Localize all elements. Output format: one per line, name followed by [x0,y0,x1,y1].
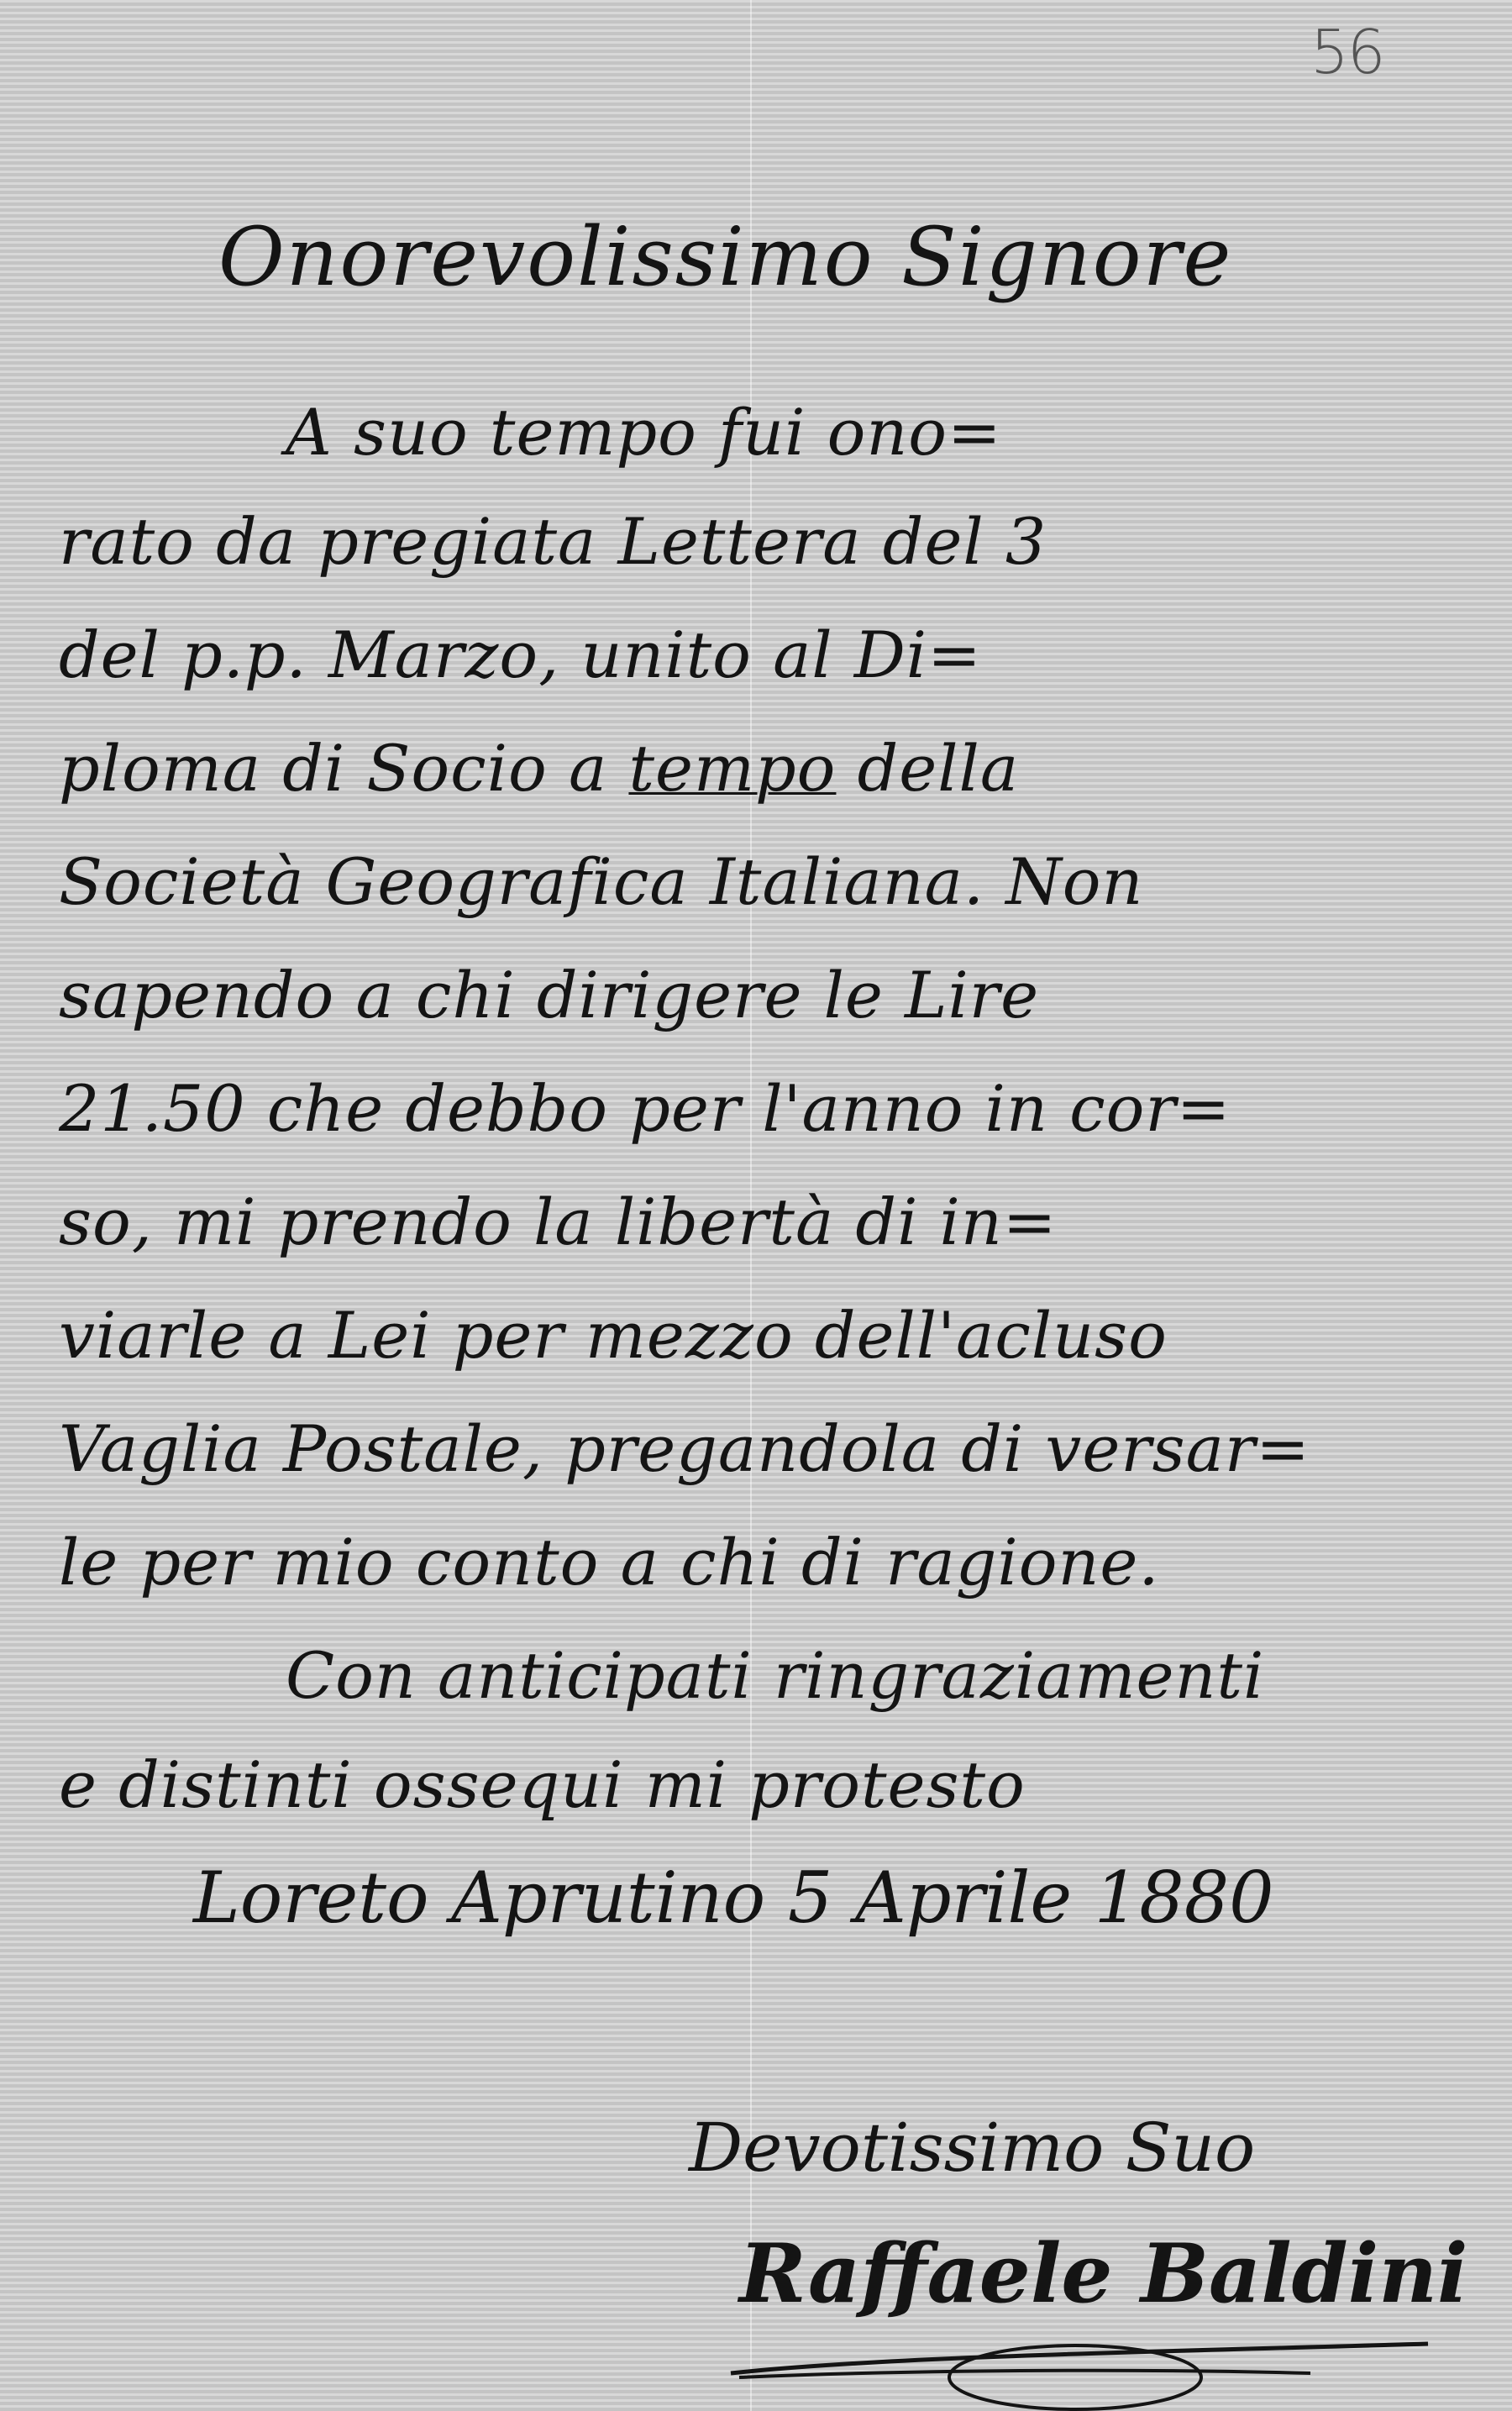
body-line-7: 21.50 che debbo per l'anno in cor= [59,1071,1231,1146]
page-number: 56 [1310,17,1384,87]
body-line-5: Società Geografica Italiana. Non [59,844,1143,919]
body-line-4: ploma di Socio a tempo della [59,731,1019,806]
signature-flourish [722,2327,1445,2411]
body-line-1: A suo tempo fui ono= [286,395,1002,470]
salutation: Onorevolissimo Signore [218,210,1232,304]
body-line-10: Vaglia Postale, pregandola di versar= [59,1411,1310,1486]
body-line-12: Con anticipati ringraziamenti [286,1638,1264,1713]
body-line-13: e distinti ossequi mi protesto [59,1747,1026,1822]
body-line-3: del p.p. Marzo, unito al Di= [59,617,982,692]
body-line-4-text: ploma di Socio a tempo della [59,731,1019,806]
body-line-8: so, mi prendo la libertà di in= [59,1184,1057,1259]
body-line-11: le per mio conto a chi di ragione. [59,1525,1160,1599]
body-line-2: rato da pregiata Lettera del 3 [59,504,1047,579]
body-line-9: viarle a Lei per mezzo dell'acluso [59,1298,1168,1373]
underlined-word: tempo [628,731,836,806]
body-line-6: sapendo a chi dirigere le Lire [59,958,1039,1032]
closing-formula: Devotissimo Suo [689,2109,1255,2187]
signature: Raffaele Baldini [739,2226,1468,2321]
place-and-date: Loreto Aprutino 5 Aprile 1880 [193,1857,1274,1939]
